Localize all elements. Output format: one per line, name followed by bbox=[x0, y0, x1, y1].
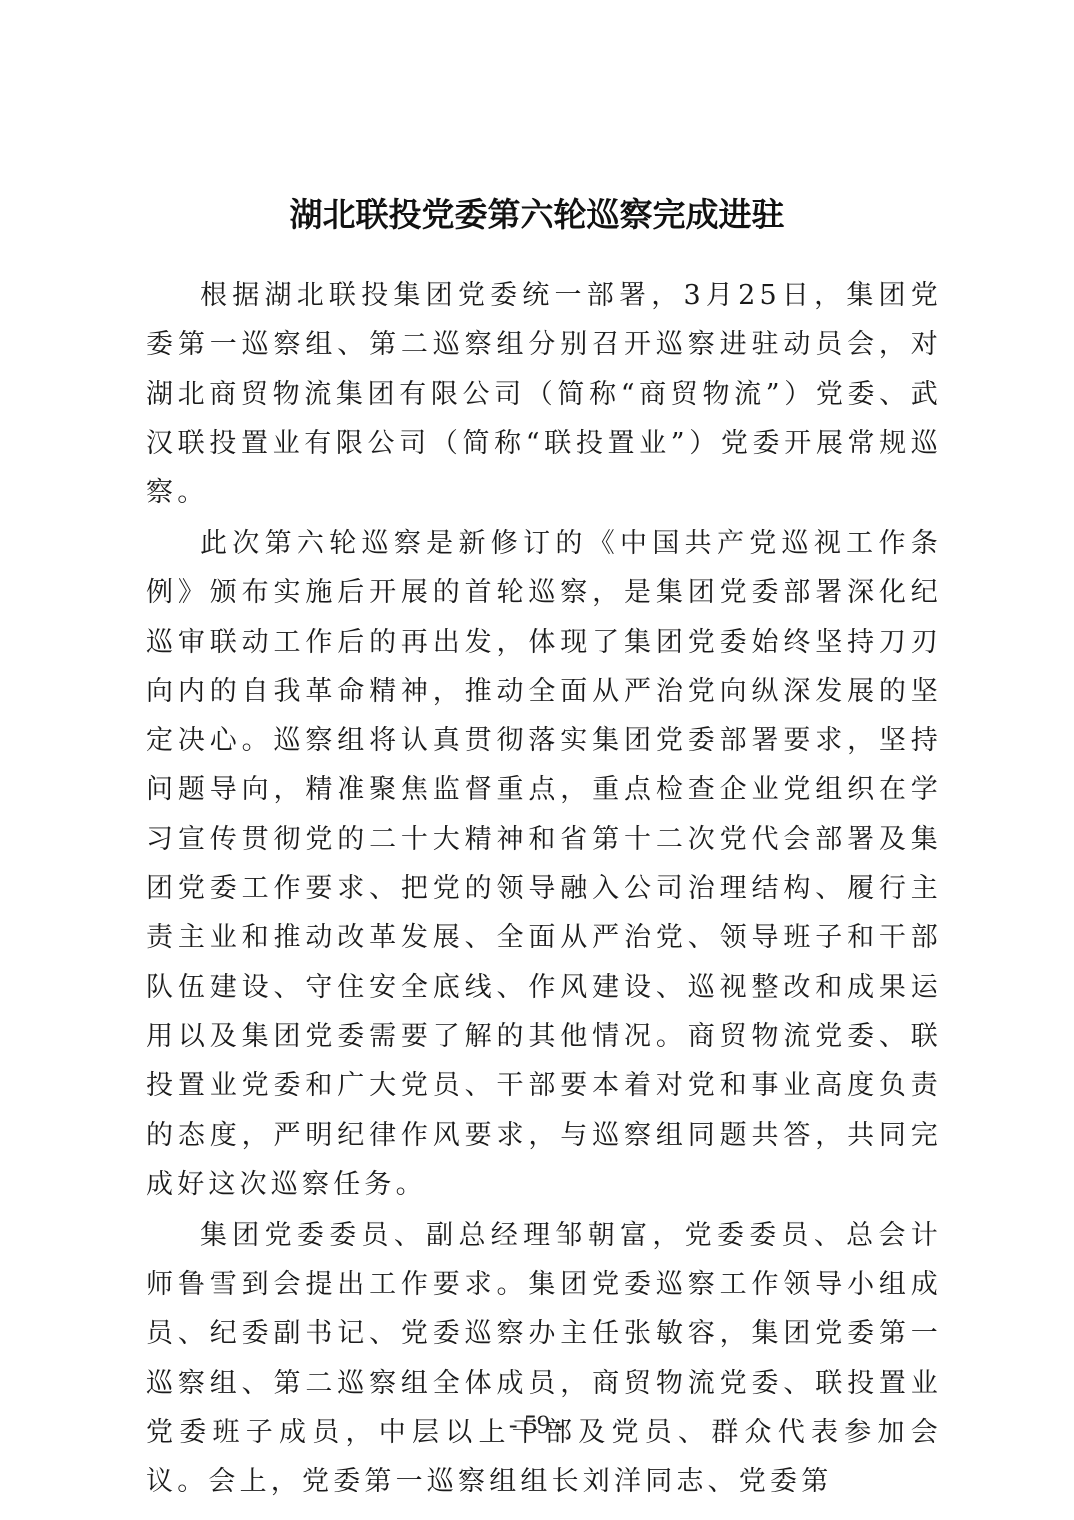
paragraph-2: 此次第六轮巡察是新修订的《中国共产党巡视工作条例》颁布实施后开展的首轮巡察，是集… bbox=[146, 519, 942, 1209]
paragraph-1: 根据湖北联投集团党委统一部署，3月25日，集团党委第一巡察组、第二巡察组分别召开… bbox=[146, 271, 942, 517]
document-page: 湖北联投党委第六轮巡察完成进驻 根据湖北联投集团党委统一部署，3月25日，集团党… bbox=[0, 0, 1074, 1520]
document-title: 湖北联投党委第六轮巡察完成进驻 bbox=[0, 190, 1074, 240]
document-body: 根据湖北联投集团党委统一部署，3月25日，集团党委第一巡察组、第二巡察组分别召开… bbox=[146, 271, 942, 1508]
paragraph-3: 集团党委委员、副总经理邹朝富，党委委员、总会计师鲁雪到会提出工作要求。集团党委巡… bbox=[146, 1211, 942, 1507]
page-number: - 59 - bbox=[0, 1410, 1074, 1440]
